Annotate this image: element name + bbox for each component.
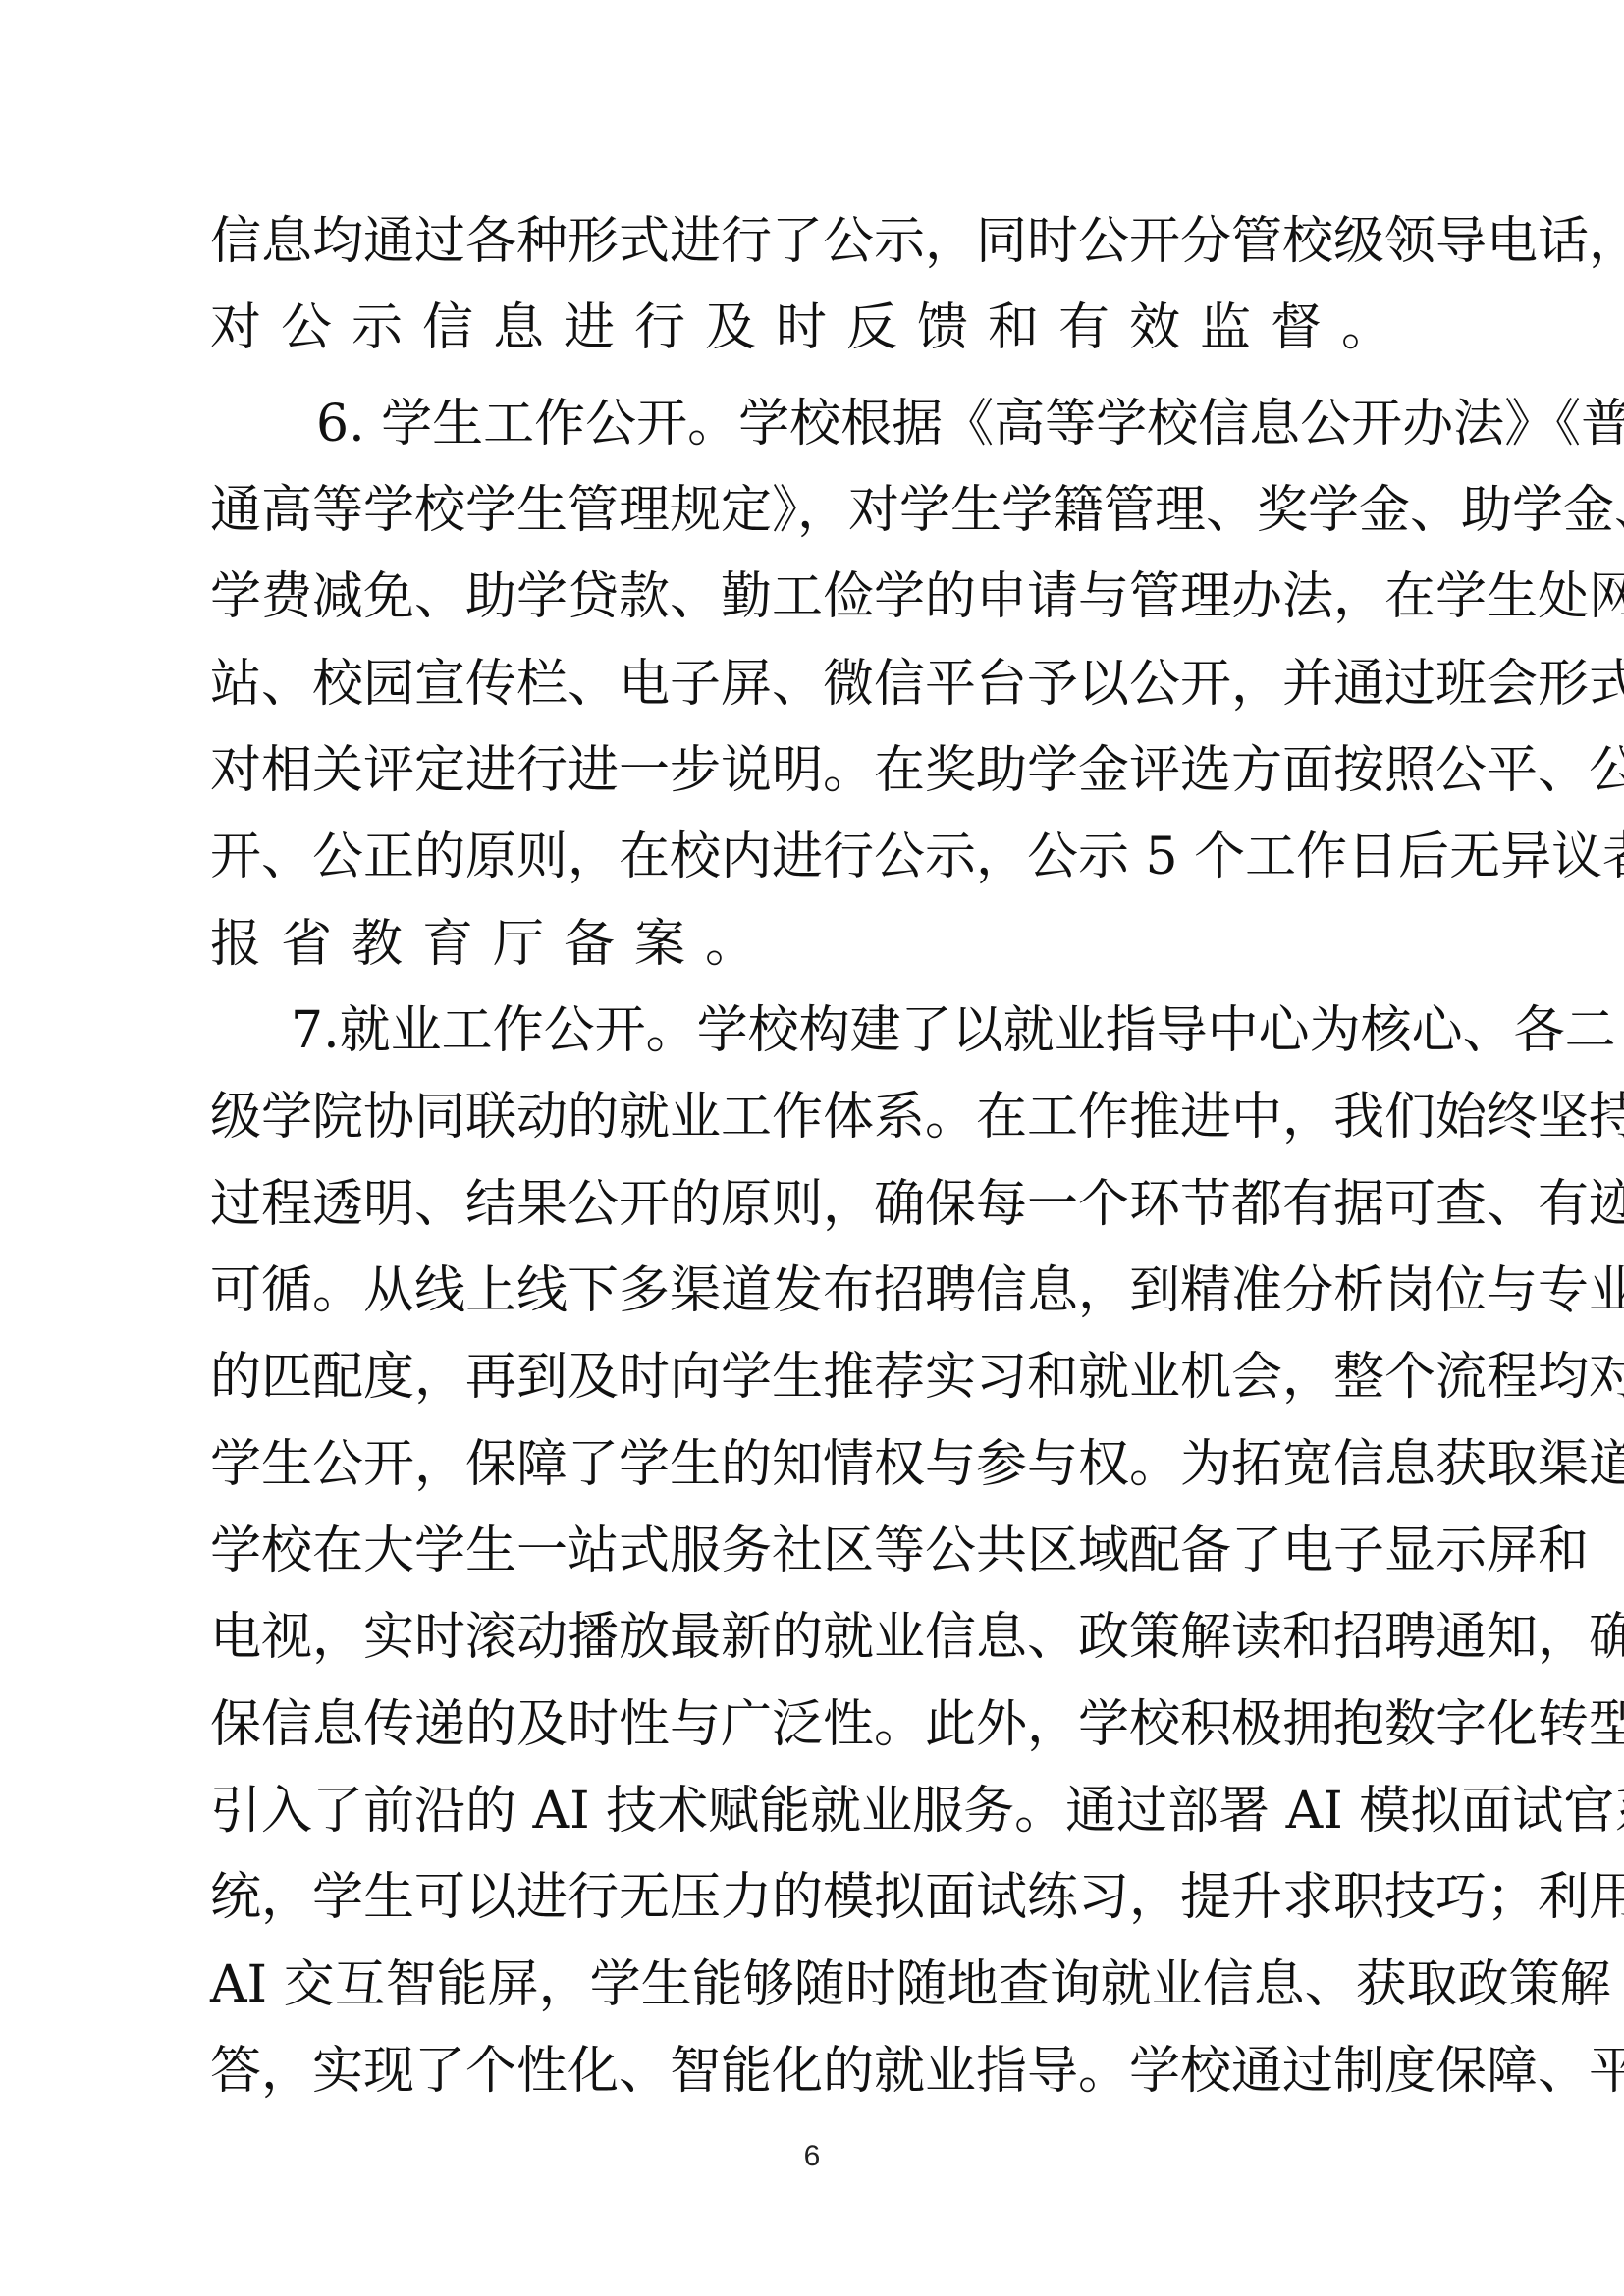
section-7-first-line: 7.就业工作公开。学校构建了以就业指导中心为核心、各二: [291, 1001, 1414, 1060]
text-line: 过程透明、结果公开的原则，确保每一个环节都有据可查、有迹: [210, 1175, 1414, 1234]
page-number: 6: [0, 2140, 1624, 2173]
text-line: 对公示信息进行及时反馈和有效监督。: [210, 298, 1414, 357]
text-line: 站、校园宣传栏、电子屏、微信平台予以公开，并通过班会形式: [210, 655, 1414, 714]
text-line: 报省教育厅备案。: [210, 915, 1414, 974]
text-line: 学校在大学生一站式服务社区等公共区域配备了电子显示屏和: [210, 1522, 1414, 1580]
text-line: 引入了前沿的 AI 技术赋能就业服务。通过部署 AI 模拟面试官系: [210, 1782, 1414, 1841]
text-line: AI 交互智能屏，学生能够随时随地查询就业信息、获取政策解: [210, 1955, 1414, 2014]
text-line: 可循。从线上线下多渠道发布招聘信息，到精准分析岗位与专业: [210, 1261, 1414, 1320]
text-line: 开、公正的原则，在校内进行公示，公示 5 个工作日后无异议者，: [210, 828, 1414, 886]
text-line: 统，学生可以进行无压力的模拟面试练习，提升求职技巧；利用: [210, 1868, 1414, 1927]
text-line: 的匹配度，再到及时向学生推荐实习和就业机会，整个流程均对: [210, 1348, 1414, 1407]
text-line: 信息均通过各种形式进行了公示，同时公开分管校级领导电话，: [210, 212, 1414, 271]
text-line: 答，实现了个性化、智能化的就业指导。学校通过制度保障、平: [210, 2042, 1414, 2101]
text-line: 学费减免、助学贷款、勤工俭学的申请与管理办法，在学生处网: [210, 567, 1414, 626]
text-line: 级学院协同联动的就业工作体系。在工作推进中，我们始终坚持: [210, 1088, 1414, 1147]
text-line: 通高等学校学生管理规定》，对学生学籍管理、奖学金、助学金、: [210, 481, 1414, 540]
text-line: 对相关评定进行进一步说明。在奖助学金评选方面按照公平、公: [210, 741, 1414, 800]
text-line: 电视，实时滚动播放最新的就业信息、政策解读和招聘通知，确: [210, 1608, 1414, 1667]
section-6-first-line: 6. 学生工作公开。学校根据《高等学校信息公开办法》《普: [316, 395, 1414, 454]
document-page: 信息均通过各种形式进行了公示，同时公开分管校级领导电话， 对公示信息进行及时反馈…: [0, 0, 1624, 2296]
text-line: 保信息传递的及时性与广泛性。此外，学校积极拥抱数字化转型，: [210, 1695, 1414, 1754]
text-line: 学生公开，保障了学生的知情权与参与权。为拓宽信息获取渠道，: [210, 1435, 1414, 1494]
